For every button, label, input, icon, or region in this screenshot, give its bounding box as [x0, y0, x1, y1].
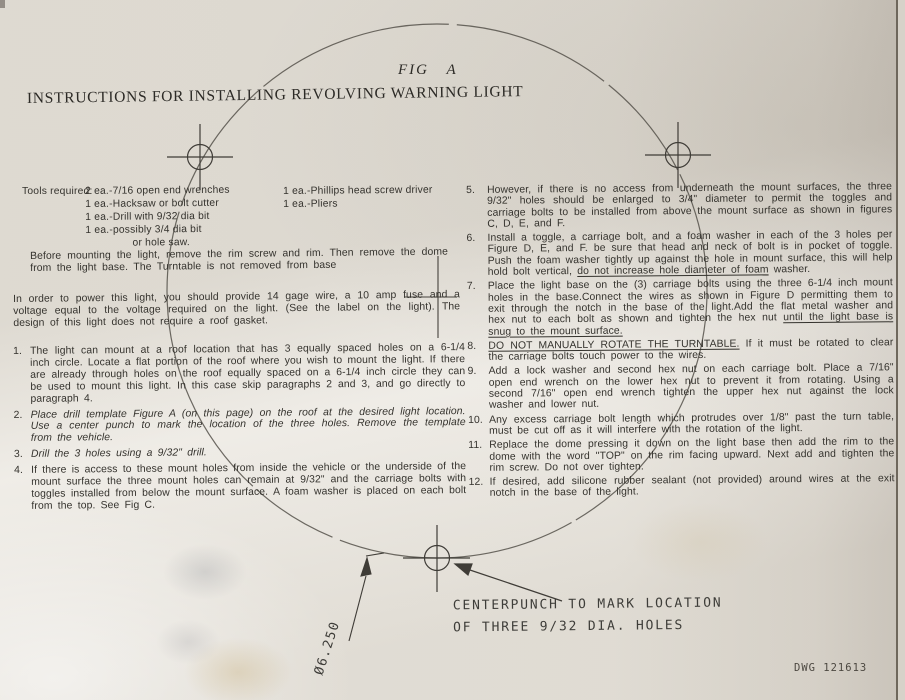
- tools-list-column-2: 1 ea.-Phillips head screw driver1 ea.-Pl…: [283, 184, 433, 211]
- step-number: 8.: [467, 341, 488, 364]
- step-number: 5.: [466, 185, 487, 230]
- intro-paragraph-mounting: Before mounting the light, remove the ri…: [30, 247, 448, 276]
- hole-marker-crosshair-top-right: [645, 122, 711, 188]
- step-text: If desired, add silicone rubber sealant …: [490, 473, 895, 499]
- step-number: 4.: [14, 465, 31, 513]
- step-text: Drill the 3 holes using a 9/32" drill.: [31, 445, 466, 461]
- step-item: 7.Place the light base on the (3) carria…: [467, 278, 893, 338]
- dimension-arrow: [349, 553, 384, 641]
- step-item: 8.DO NOT MANUALLY ROTATE THE TURNTABLE. …: [467, 337, 893, 363]
- step-item: 5.However, if there is no access from un…: [466, 181, 892, 230]
- step-number: 9.: [468, 366, 489, 411]
- step-text: However, if there is no access from unde…: [487, 181, 892, 230]
- tool-item: 2 ea.-7/16 open end wrenches: [85, 184, 230, 198]
- tools-required-label: Tools required:: [22, 186, 93, 197]
- step-item: 10.Any excess carriage bolt length which…: [468, 411, 894, 437]
- step-text: DO NOT MANUALLY ROTATE THE TURNTABLE. If…: [488, 337, 893, 363]
- step-text: Replace the dome pressing it down on the…: [489, 437, 894, 474]
- steps-column-right: 5.However, if there is no access from un…: [466, 181, 895, 502]
- step-item: 12.If desired, add silicone rubber seala…: [469, 473, 895, 499]
- step-item: 9.Add a lock washer and second hex nut o…: [468, 363, 894, 412]
- tools-list-column-1: 2 ea.-7/16 open end wrenches1 ea.-Hacksa…: [85, 184, 230, 250]
- figure-label: FIG A: [398, 62, 458, 79]
- step-item: 6.Install a toggle, a carriage bolt, and…: [466, 229, 892, 278]
- step-number: 10.: [468, 414, 489, 437]
- step-item: 1.The light can mount at a roof location…: [13, 342, 466, 405]
- step-text: Add a lock washer and second hex nut on …: [489, 363, 894, 412]
- tool-item: 1 ea.-possibly 3/4 dia bit: [85, 223, 230, 237]
- tool-item: 1 ea.-Pliers: [283, 197, 433, 211]
- step-text: Place the light base on the (3) carriage…: [488, 278, 893, 338]
- step-number: 6.: [466, 233, 487, 278]
- tool-item: 1 ea.-Drill with 9/32 dia bit: [85, 210, 230, 224]
- step-item: 4.If there is access to these mount hole…: [14, 461, 466, 513]
- step-text: If there is access to these mount holes …: [31, 461, 466, 512]
- step-number: 11.: [468, 440, 489, 474]
- step-number: 12.: [469, 477, 490, 500]
- tool-item: 1 ea.-Phillips head screw driver: [283, 184, 433, 198]
- step-number: 1.: [13, 346, 31, 406]
- step-text: Any excess carriage bolt length which pr…: [489, 411, 894, 437]
- tool-item: or hole saw.: [85, 236, 230, 250]
- centerpunch-note-line-1: CENTERPUNCH TO MARK LOCATION: [453, 593, 723, 618]
- scanned-instruction-sheet: FIG A INSTRUCTIONS FOR INSTALLING REVOLV…: [0, 0, 905, 700]
- step-text: Install a toggle, a carriage bolt, and a…: [487, 229, 892, 278]
- hole-marker-crosshair-bottom: [403, 525, 470, 592]
- step-item: 11.Replace the dome pressing it down on …: [468, 437, 894, 475]
- tool-item: 1 ea.-Hacksaw or bolt cutter: [85, 197, 230, 211]
- centerpunch-note-line-2: OF THREE 9/32 DIA. HOLES: [453, 615, 723, 640]
- intro-paragraph-power: In order to power this light, you should…: [13, 289, 460, 330]
- centerpunch-note: CENTERPUNCH TO MARK LOCATION OF THREE 9/…: [453, 593, 723, 640]
- step-number: 3.: [14, 449, 31, 461]
- drawing-number: DWG 121613: [794, 662, 867, 674]
- step-item: 3.Drill the 3 holes using a 9/32" drill.: [14, 445, 466, 461]
- step-number: 2.: [14, 409, 31, 445]
- step-text: Place drill template Figure A (on this p…: [31, 406, 466, 446]
- step-number: 7.: [467, 281, 488, 338]
- step-item: 2.Place drill template Figure A (on this…: [14, 406, 466, 446]
- steps-column-left: 1.The light can mount at a roof location…: [13, 342, 466, 517]
- scan-corner-artifact: [0, 0, 5, 8]
- hole-marker-crosshair-top-left: [167, 124, 233, 190]
- scan-paper-edge: [896, 0, 905, 700]
- step-text: The light can mount at a roof location t…: [30, 342, 466, 405]
